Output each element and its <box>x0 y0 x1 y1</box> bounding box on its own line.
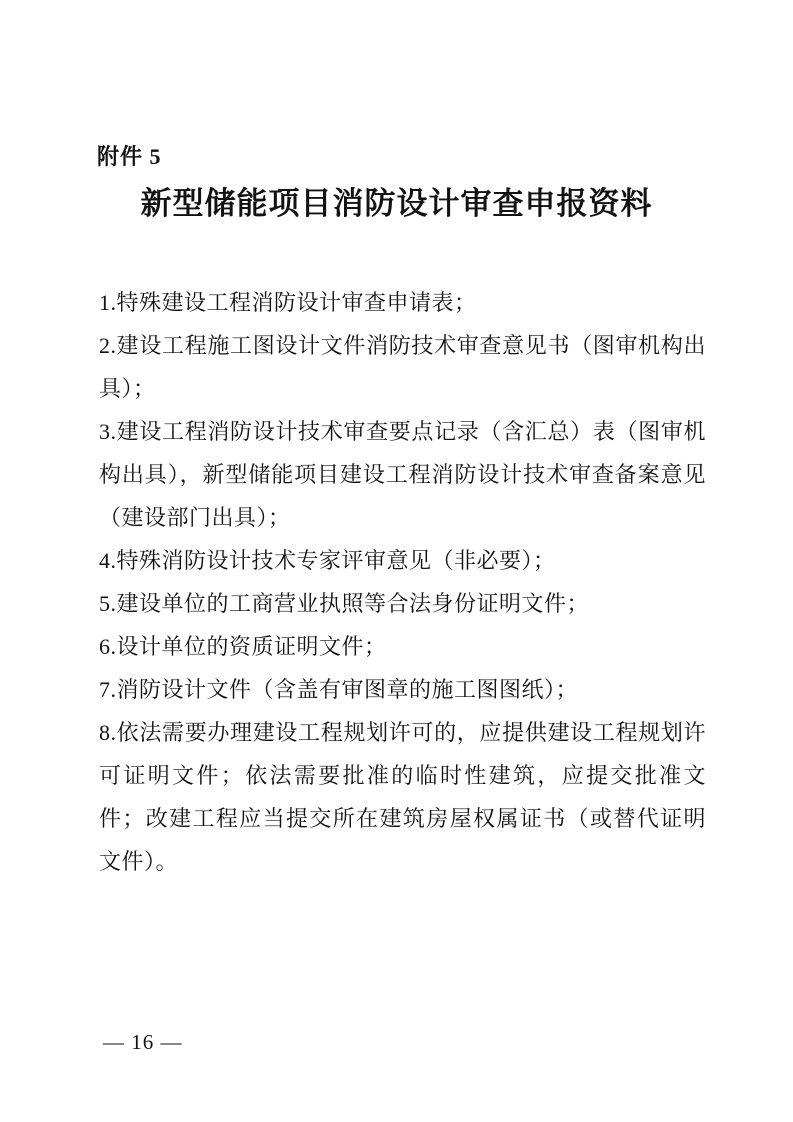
list-item-2: 2.建设工程施工图设计文件消防技术审查意见书（图审机构出具）； <box>99 324 706 410</box>
list-item-5: 5.建设单位的工商营业执照等合法身份证明文件； <box>99 582 706 625</box>
list-item-1: 1.特殊建设工程消防设计审查申请表； <box>99 281 706 324</box>
item-list: 1.特殊建设工程消防设计审查申请表； 2.建设工程施工图设计文件消防技术审查意见… <box>99 281 706 883</box>
list-item-7: 7.消防设计文件（含盖有审图章的施工图图纸）； <box>99 668 706 711</box>
list-item-8: 8.依法需要办理建设工程规划许可的，应提供建设工程规划许可证明文件；依法需要批准… <box>99 711 706 883</box>
page-number: — 16 — <box>103 1028 183 1056</box>
page-title: 新型储能项目消防设计审查申报资料 <box>0 184 793 224</box>
document-page: 附件 5 新型储能项目消防设计审查申报资料 1.特殊建设工程消防设计审查申请表；… <box>0 0 793 1122</box>
list-item-4: 4.特殊消防设计技术专家评审意见（非必要）； <box>99 539 706 582</box>
list-item-6: 6.设计单位的资质证明文件； <box>99 625 706 668</box>
attachment-label: 附件 5 <box>97 142 162 172</box>
list-item-3: 3.建设工程消防设计技术审查要点记录（含汇总）表（图审机构出具），新型储能项目建… <box>99 410 706 539</box>
